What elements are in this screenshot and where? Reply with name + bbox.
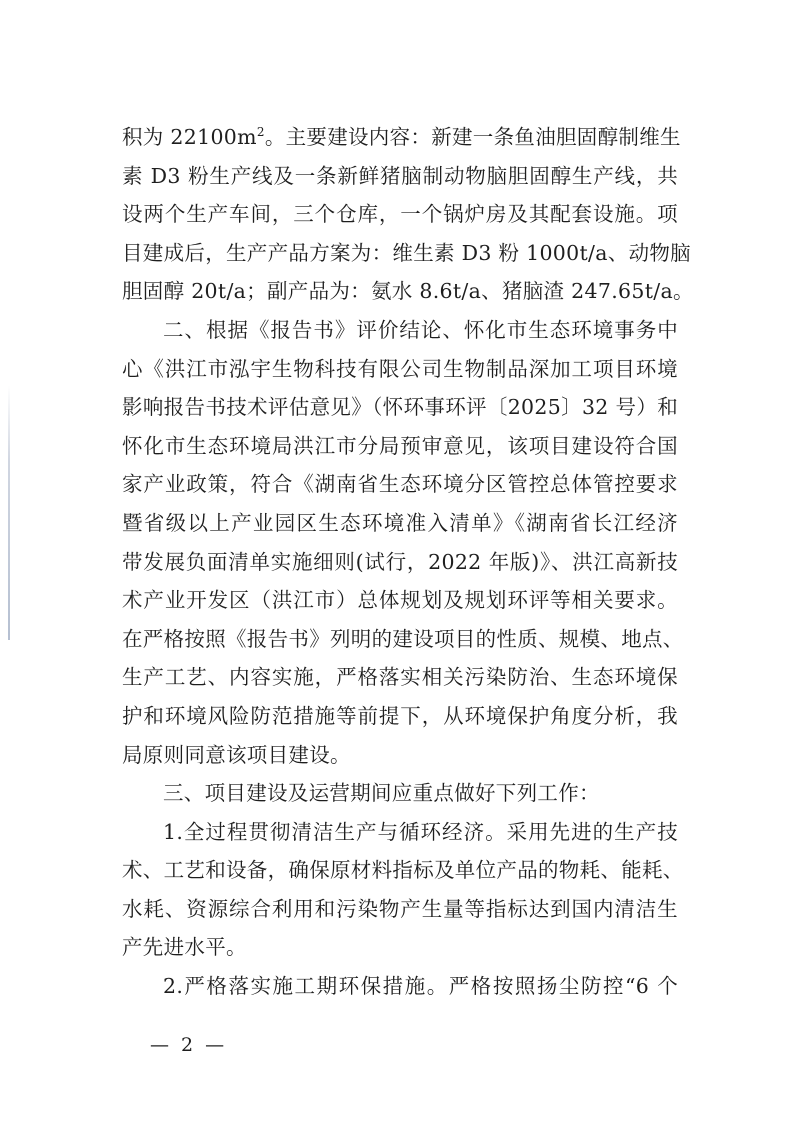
text-line: 素 D3 粉生产线及一条新鲜猪脑制动物脑胆固醇生产线，共	[122, 157, 678, 196]
text-line: 2.严格落实施工期环保措施。严格按照扬尘防控“6 个	[122, 967, 678, 1006]
text-line: 水耗、资源综合利用和污染物产生量等指标达到国内清洁生	[122, 890, 678, 929]
document-body: 积为 22100m2。主要建设内容：新建一条鱼油胆固醇制维生 素 D3 粉生产线…	[122, 118, 678, 1006]
text-line: 设两个生产车间，三个仓库，一个锅炉房及其配套设施。项	[122, 195, 678, 234]
text-line: 二、根据《报告书》评价结论、怀化市生态环境事务中	[122, 311, 678, 350]
text-line: 目建成后，生产产品方案为：维生素 D3 粉 1000t/a、动物脑	[122, 234, 678, 273]
text-line: 家产业政策，符合《湖南省生态环境分区管控总体管控要求	[122, 465, 678, 504]
text-line: 护和环境风险防范措施等前提下，从环境保护角度分析，我	[122, 697, 678, 736]
text-line: 产先进水平。	[122, 928, 678, 967]
text-line: 积为 22100m2。主要建设内容：新建一条鱼油胆固醇制维生	[122, 118, 678, 157]
text-line: 怀化市生态环境局洪江市分局预审意见，该项目建设符合国	[122, 427, 678, 466]
section-heading: 三、项目建设及运营期间应重点做好下列工作：	[122, 774, 678, 813]
paragraph-item-2-construction-measures: 2.严格落实施工期环保措施。严格按照扬尘防控“6 个	[122, 967, 678, 1006]
text-line: 心《洪江市泓宇生物科技有限公司生物制品深加工项目环境	[122, 350, 678, 389]
text-line: 术产业开发区（洪江市）总体规划及规划环评等相关要求。	[122, 581, 678, 620]
text-line: 1.全过程贯彻清洁生产与循环经济。采用先进的生产技	[122, 813, 678, 852]
paragraph-section-3-heading: 三、项目建设及运营期间应重点做好下列工作：	[122, 774, 678, 813]
page-number: — 2 —	[150, 1034, 227, 1056]
text-line: 局原则同意该项目建设。	[122, 736, 678, 775]
text-line: 胆固醇 20t/a；副产品为：氨水 8.6t/a、猪脑渣 247.65t/a。	[122, 272, 678, 311]
paragraph-item-1-clean-production: 1.全过程贯彻清洁生产与循环经济。采用先进的生产技 术、工艺和设备，确保原材料指…	[122, 813, 678, 967]
text-line: 影响报告书技术评估意见》（怀环事环评〔2025〕32 号）和	[122, 388, 678, 427]
superscript: 2	[257, 125, 265, 139]
text-line: 术、工艺和设备，确保原材料指标及单位产品的物耗、能耗、	[122, 851, 678, 890]
paragraph-section-2-approval: 二、根据《报告书》评价结论、怀化市生态环境事务中 心《洪江市泓宇生物科技有限公司…	[122, 311, 678, 774]
scan-edge-artifact	[8, 385, 10, 640]
text-line: 带发展负面清单实施细则(试行，2022 年版)》、洪江高新技	[122, 543, 678, 582]
text-line: 生产工艺、内容实施，严格落实相关污染防治、生态环境保	[122, 658, 678, 697]
paragraph-project-scope: 积为 22100m2。主要建设内容：新建一条鱼油胆固醇制维生 素 D3 粉生产线…	[122, 118, 678, 311]
text-line: 暨省级以上产业园区生态环境准入清单》《湖南省长江经济	[122, 504, 678, 543]
text-line: 在严格按照《报告书》列明的建设项目的性质、规模、地点、	[122, 620, 678, 659]
